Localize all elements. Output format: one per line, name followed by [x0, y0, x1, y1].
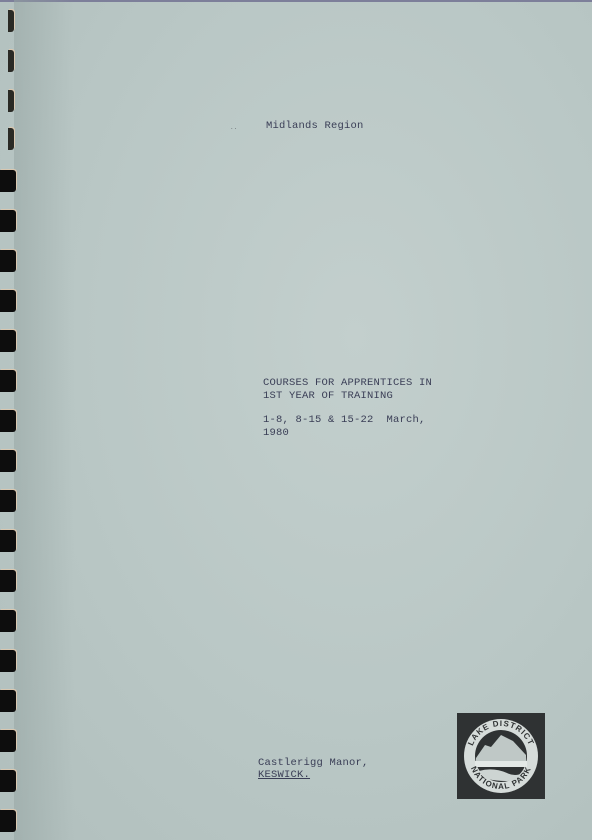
region-label: Midlands Region [266, 120, 364, 133]
binding-hole [0, 730, 16, 752]
binding-hole [0, 250, 16, 272]
binding-hole [0, 410, 16, 432]
binding-hole [0, 570, 16, 592]
national-park-emblem-icon: LAKE DISTRICT NATIONAL PARK [457, 713, 545, 799]
binding-hole [8, 128, 14, 150]
course-dates-line-2: 1980 [263, 427, 289, 440]
binding-hole [0, 770, 16, 792]
address-line-2: KESWICK. [258, 769, 310, 782]
binding-hole [0, 330, 16, 352]
binding-hole [8, 10, 14, 32]
binding-hole [0, 170, 16, 192]
binding-hole [0, 690, 16, 712]
binding-hole [0, 490, 16, 512]
course-title-line-1: COURSES FOR APPRENTICES IN [263, 377, 432, 390]
course-dates-line-1: 1-8, 8-15 & 15-22 March, [263, 414, 426, 427]
binding-hole [0, 210, 16, 232]
binding-hole [0, 450, 16, 472]
binding-hole [0, 650, 16, 672]
cover-top-edge [0, 0, 592, 2]
binding-hole [0, 530, 16, 552]
binding-hole [0, 810, 16, 832]
binding-hole [8, 50, 14, 72]
binding-hole [0, 290, 16, 312]
region-prefix-mark: .. [230, 124, 237, 131]
binding-hole [8, 90, 14, 112]
course-title-line-2: 1ST YEAR OF TRAINING [263, 390, 393, 403]
binding-hole [0, 370, 16, 392]
lake-district-national-park-logo: LAKE DISTRICT NATIONAL PARK [457, 713, 545, 799]
binding-hole [0, 610, 16, 632]
spine-shadow [14, 0, 74, 840]
